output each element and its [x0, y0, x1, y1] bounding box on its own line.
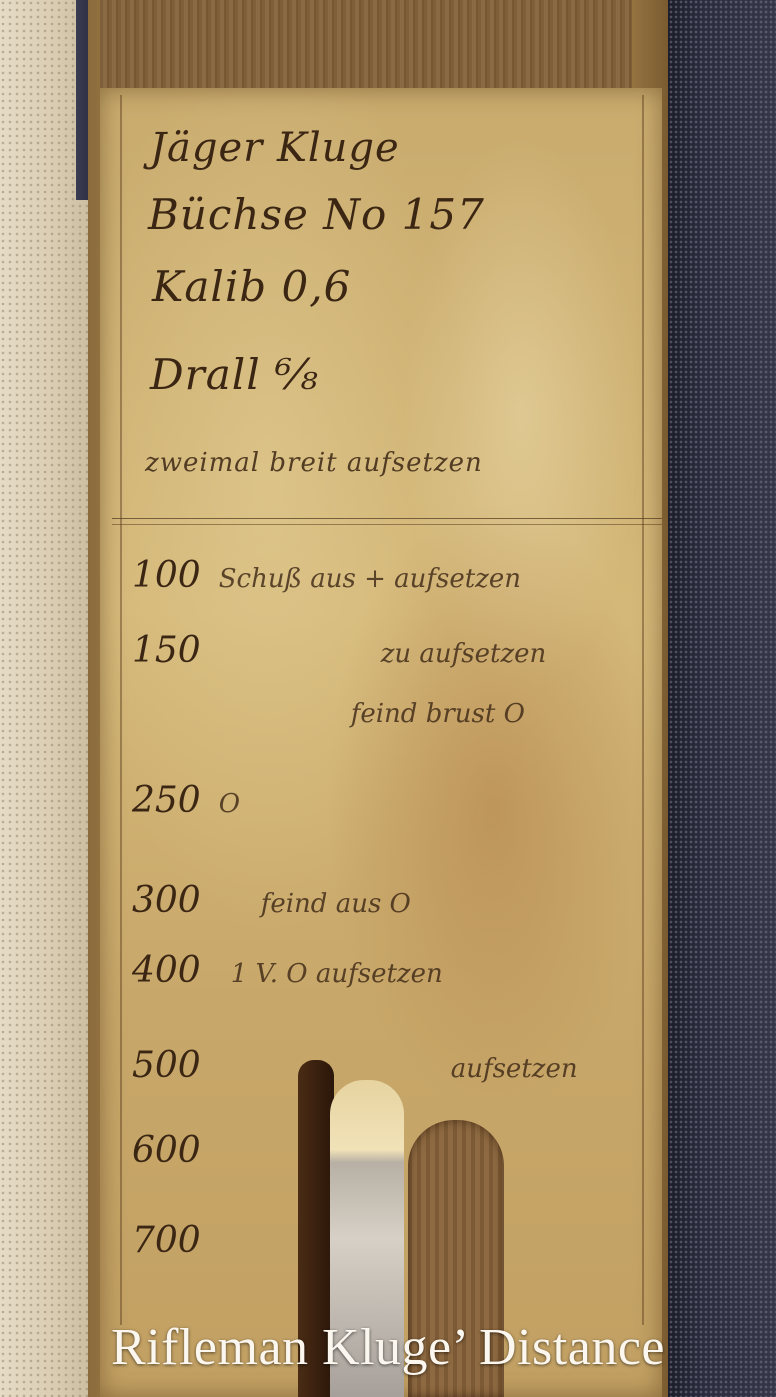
distance-note: feind aus O	[261, 889, 411, 919]
distance-note: 1 V. O aufsetzen	[231, 959, 443, 989]
handwritten-instruction: zweimal breit aufsetzen	[145, 448, 483, 478]
distance-row: 4001 V. O aufsetzen	[132, 950, 443, 991]
distance-value: 700	[132, 1220, 201, 1261]
linen-fabric-background	[0, 0, 92, 1397]
distance-value: 150	[132, 630, 201, 671]
distance-value: 300	[132, 880, 201, 921]
distance-value: 500	[132, 1045, 201, 1086]
image-caption: Rifleman Kluge’ Distance	[0, 1318, 776, 1377]
distance-row: 300feind aus O	[132, 880, 411, 921]
handwritten-name: Jäger Kluge	[150, 125, 400, 171]
distance-row: 500aufsetzen	[132, 1045, 578, 1086]
distance-row: 250O	[132, 780, 240, 821]
handwritten-rifle-number: Büchse No 157	[148, 190, 485, 239]
distance-value: 100	[132, 555, 201, 596]
distance-row: 700	[132, 1220, 201, 1261]
distance-value: 600	[132, 1130, 201, 1171]
distance-note: Schuß aus + aufsetzen	[219, 564, 521, 594]
distance-row: 150zu aufsetzen	[132, 630, 546, 671]
distance-row: 600	[132, 1130, 201, 1171]
distance-note: aufsetzen	[451, 1054, 578, 1084]
distance-note: feind brust O	[351, 699, 525, 729]
wood-grain-top	[100, 0, 632, 92]
distance-row: 100Schuß aus + aufsetzen	[132, 555, 521, 596]
distance-note: zu aufsetzen	[381, 639, 547, 669]
handwritten-caliber: Kalib 0,6	[152, 262, 351, 311]
distance-note: O	[219, 789, 240, 819]
handwritten-twist: Drall ⁶⁄₈	[150, 350, 319, 399]
distance-value: 250	[132, 780, 201, 821]
distance-value: 400	[132, 950, 201, 991]
navy-fabric-background	[654, 0, 776, 1397]
label-divider-line	[112, 518, 662, 525]
distance-row: 200feind brust O	[132, 690, 525, 731]
